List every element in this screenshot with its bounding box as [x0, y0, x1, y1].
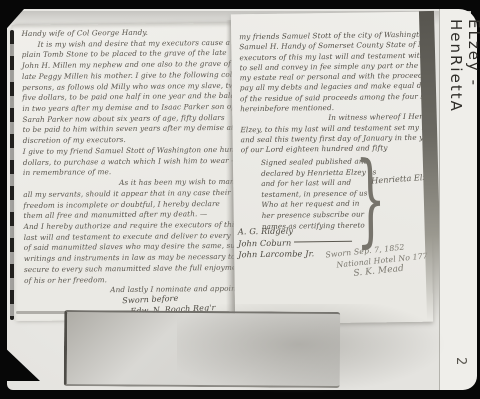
archival-reference-note: 1852-130 ELzey - HenRiettA [447, 19, 480, 319]
manuscript-line: secure to every such manumitted slave th… [24, 263, 234, 276]
will-page-left: Handy wife of Col George Handy. It is my… [11, 23, 234, 321]
manuscript-line: of our Lord eighteen hundred and fifty [241, 143, 431, 156]
witness-signature: John Coburn [238, 236, 353, 249]
page-torn-edge [10, 30, 14, 320]
curly-brace: } [355, 148, 387, 249]
surname-note: ELzey - [465, 19, 480, 309]
page-number: 2 [453, 357, 468, 365]
firstname-note: HenRiettA [447, 19, 465, 309]
will-page-right: my friends Samuel Stott of the city of W… [231, 12, 433, 325]
paper-shadow [177, 304, 447, 394]
scanned-document-photo: Handy wife of Col George Handy. It is my… [0, 0, 480, 399]
paper-sheet: Handy wife of Col George Handy. It is my… [7, 9, 471, 390]
signature-flourish [294, 240, 352, 242]
